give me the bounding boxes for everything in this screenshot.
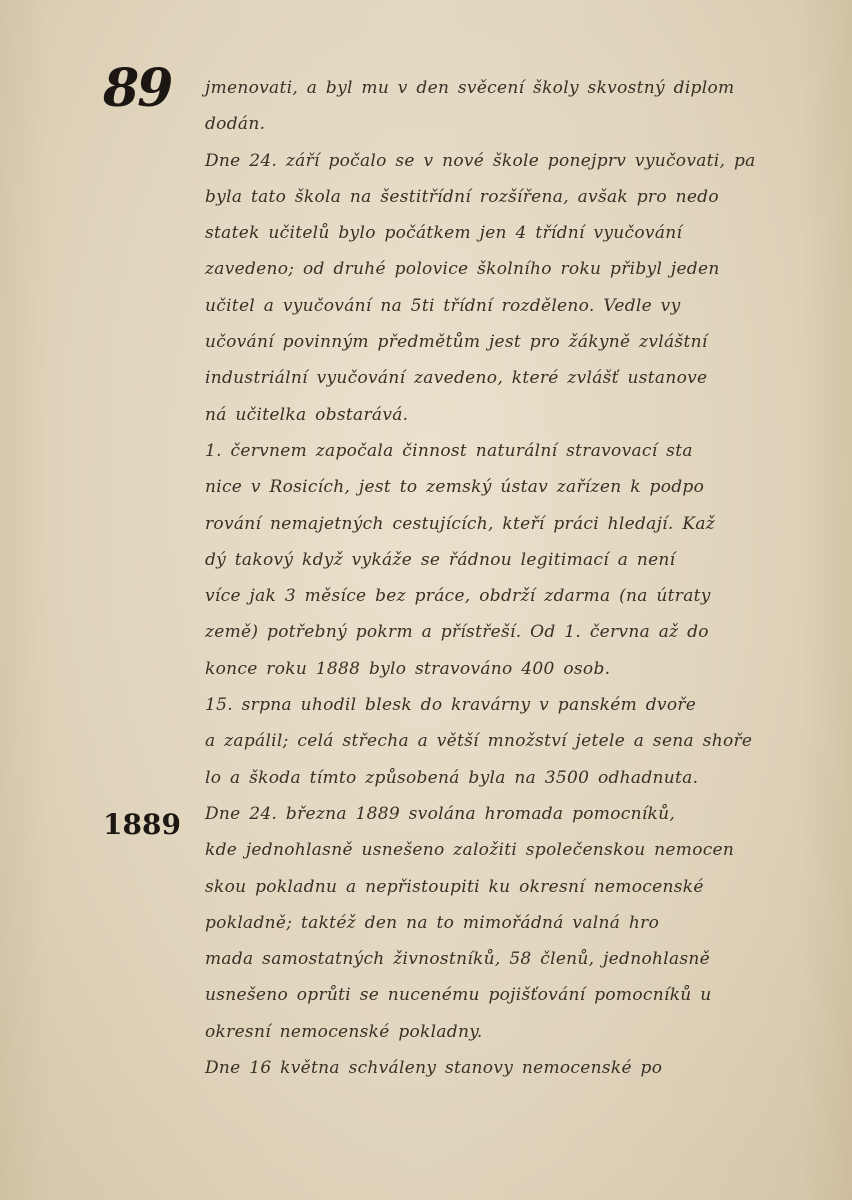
text-line: jmenovati, a byl mu v den svěcení školy … bbox=[205, 70, 805, 106]
manuscript-page: 89 1889 jmenovati, a byl mu v den svěcen… bbox=[0, 0, 852, 1200]
text-line: byla tato škola na šestitřídní rozšířena… bbox=[205, 179, 805, 215]
text-line: ná učitelka obstarává. bbox=[205, 397, 805, 433]
text-line: rování nemajetných cestujících, kteří pr… bbox=[205, 506, 805, 542]
text-line: Dne 16 května schváleny stanovy nemocens… bbox=[205, 1050, 805, 1086]
margin-year: 1889 bbox=[103, 808, 181, 841]
text-line: lo a škoda tímto způsobená byla na 3500 … bbox=[205, 760, 805, 796]
text-line: nice v Rosicích, jest to zemský ústav za… bbox=[205, 469, 805, 505]
text-line: 1. červnem započala činnost naturální st… bbox=[205, 433, 805, 469]
text-line: pokladně; taktéž den na to mimořádná val… bbox=[205, 905, 805, 941]
text-line: dodán. bbox=[205, 106, 805, 142]
text-line: industriální vyučování zavedeno, které z… bbox=[205, 360, 805, 396]
text-line: skou pokladnu a nepřistoupiti ku okresní… bbox=[205, 869, 805, 905]
text-line: kde jednohlasně usnešeno založiti společ… bbox=[205, 832, 805, 868]
text-line: okresní nemocenské pokladny. bbox=[205, 1014, 805, 1050]
text-line: mada samostatných živnostníků, 58 členů,… bbox=[205, 941, 805, 977]
handwritten-text: jmenovati, a byl mu v den svěcení školy … bbox=[205, 70, 805, 1086]
text-line: zavedeno; od druhé polovice školního rok… bbox=[205, 251, 805, 287]
text-line: statek učitelů bylo počátkem jen 4 třídn… bbox=[205, 215, 805, 251]
text-line: učování povinným předmětům jest pro žáky… bbox=[205, 324, 805, 360]
text-line: a zapálil; celá střecha a větší množství… bbox=[205, 723, 805, 759]
text-line: usnešeno oprůti se nucenému pojišťování … bbox=[205, 977, 805, 1013]
text-line: Dne 24. září počalo se v nové škole pone… bbox=[205, 143, 805, 179]
text-line: konce roku 1888 bylo stravováno 400 osob… bbox=[205, 651, 805, 687]
text-line: země) potřebný pokrm a přístřeší. Od 1. … bbox=[205, 614, 805, 650]
text-line: 15. srpna uhodil blesk do kravárny v pan… bbox=[205, 687, 805, 723]
page-number: 89 bbox=[103, 58, 171, 119]
text-line: Dne 24. března 1889 svolána hromada pomo… bbox=[205, 796, 805, 832]
text-line: dý takový když vykáže se řádnou legitima… bbox=[205, 542, 805, 578]
text-line: více jak 3 měsíce bez práce, obdrží zdar… bbox=[205, 578, 805, 614]
text-line: učitel a vyučování na 5ti třídní rozděle… bbox=[205, 288, 805, 324]
